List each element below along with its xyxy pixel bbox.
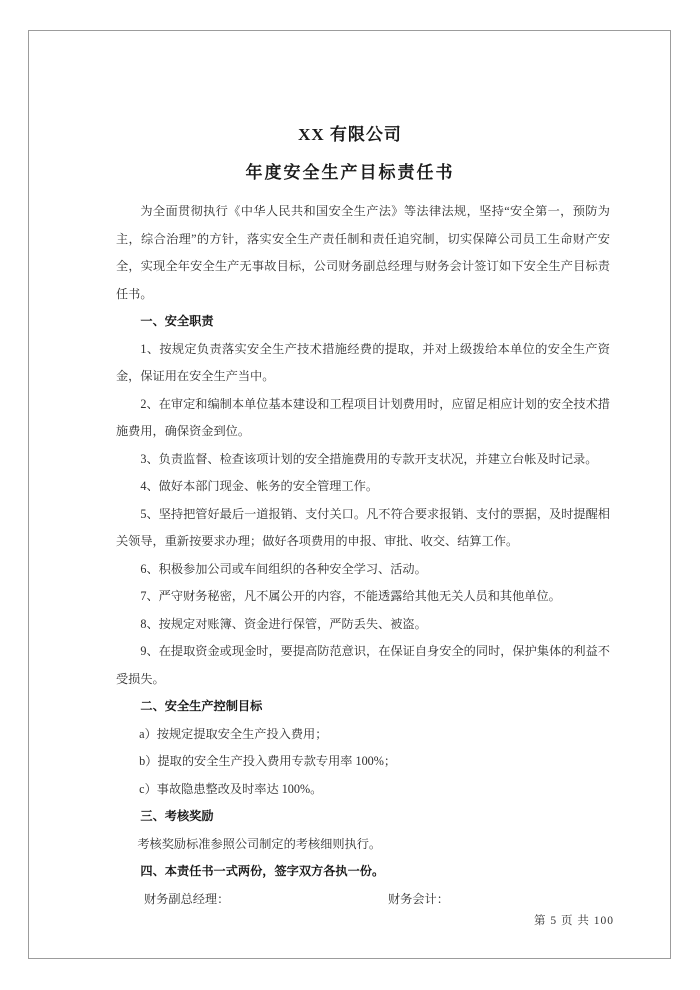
- section-2-item-b: b）提取的安全生产投入费用专款专用率 100%；: [116, 748, 610, 776]
- section-1-item-7: 7、严守财务秘密，凡不属公开的内容，不能透露给其他无关人员和其他单位。: [116, 583, 610, 611]
- signature-row: 财务副总经理： 财务会计：: [116, 886, 610, 914]
- section-4-heading: 四、本责任书一式两份，签字双方各执一份。: [116, 858, 610, 886]
- signature-label-finance-accountant: 财务会计：: [388, 886, 449, 914]
- section-3-heading: 三、考核奖励: [116, 803, 610, 831]
- signature-label-deputy-finance-manager: 财务副总经理：: [144, 886, 229, 914]
- document-body: 为全面贯彻执行《中华人民共和国安全生产法》等法律法规，坚持“安全第一，预防为主，…: [116, 198, 610, 913]
- section-1-item-2: 2、在审定和编制本单位基本建设和工程项目计划费用时，应留足相应计划的安全技术措施…: [116, 391, 610, 446]
- section-1-item-5: 5、坚持把管好最后一道报销、支付关口。凡不符合要求报销、支付的票据，及时提醒相关…: [116, 501, 610, 556]
- section-1-item-3: 3、负责监督、检查该项计划的安全措施费用的专款开支状况，并建立台帐及时记录。: [116, 446, 610, 474]
- company-title: XX 有限公司: [0, 120, 700, 145]
- page-number-footer: 第 5 页 共 100: [0, 912, 614, 928]
- section-1-item-8: 8、按规定对账簿、资金进行保管，严防丢失、被盗。: [116, 611, 610, 639]
- document-page: XX 有限公司 年度安全生产目标责任书 为全面贯彻执行《中华人民共和国安全生产法…: [0, 0, 700, 990]
- section-2-heading: 二、安全生产控制目标: [116, 693, 610, 721]
- section-1-item-1: 1、按规定负责落实安全生产技术措施经费的提取，并对上级拨给本单位的安全生产资金，…: [116, 336, 610, 391]
- intro-paragraph: 为全面贯彻执行《中华人民共和国安全生产法》等法律法规，坚持“安全第一，预防为主，…: [116, 198, 610, 308]
- section-1-item-9: 9、在提取资金或现金时，要提高防范意识，在保证自身安全的同时，保护集体的利益不受…: [116, 638, 610, 693]
- section-1-heading: 一、安全职责: [116, 308, 610, 336]
- section-3-body: 考核奖励标准参照公司制定的考核细则执行。: [116, 831, 610, 859]
- section-1-item-6: 6、积极参加公司或车间组织的各种安全学习、活动。: [116, 556, 610, 584]
- document-title: 年度安全生产目标责任书: [0, 158, 700, 183]
- section-1-item-4: 4、做好本部门现金、帐务的安全管理工作。: [116, 473, 610, 501]
- section-2-item-a: a）按规定提取安全生产投入费用；: [116, 721, 610, 749]
- section-2-item-c: c）事故隐患整改及时率达 100%。: [116, 776, 610, 804]
